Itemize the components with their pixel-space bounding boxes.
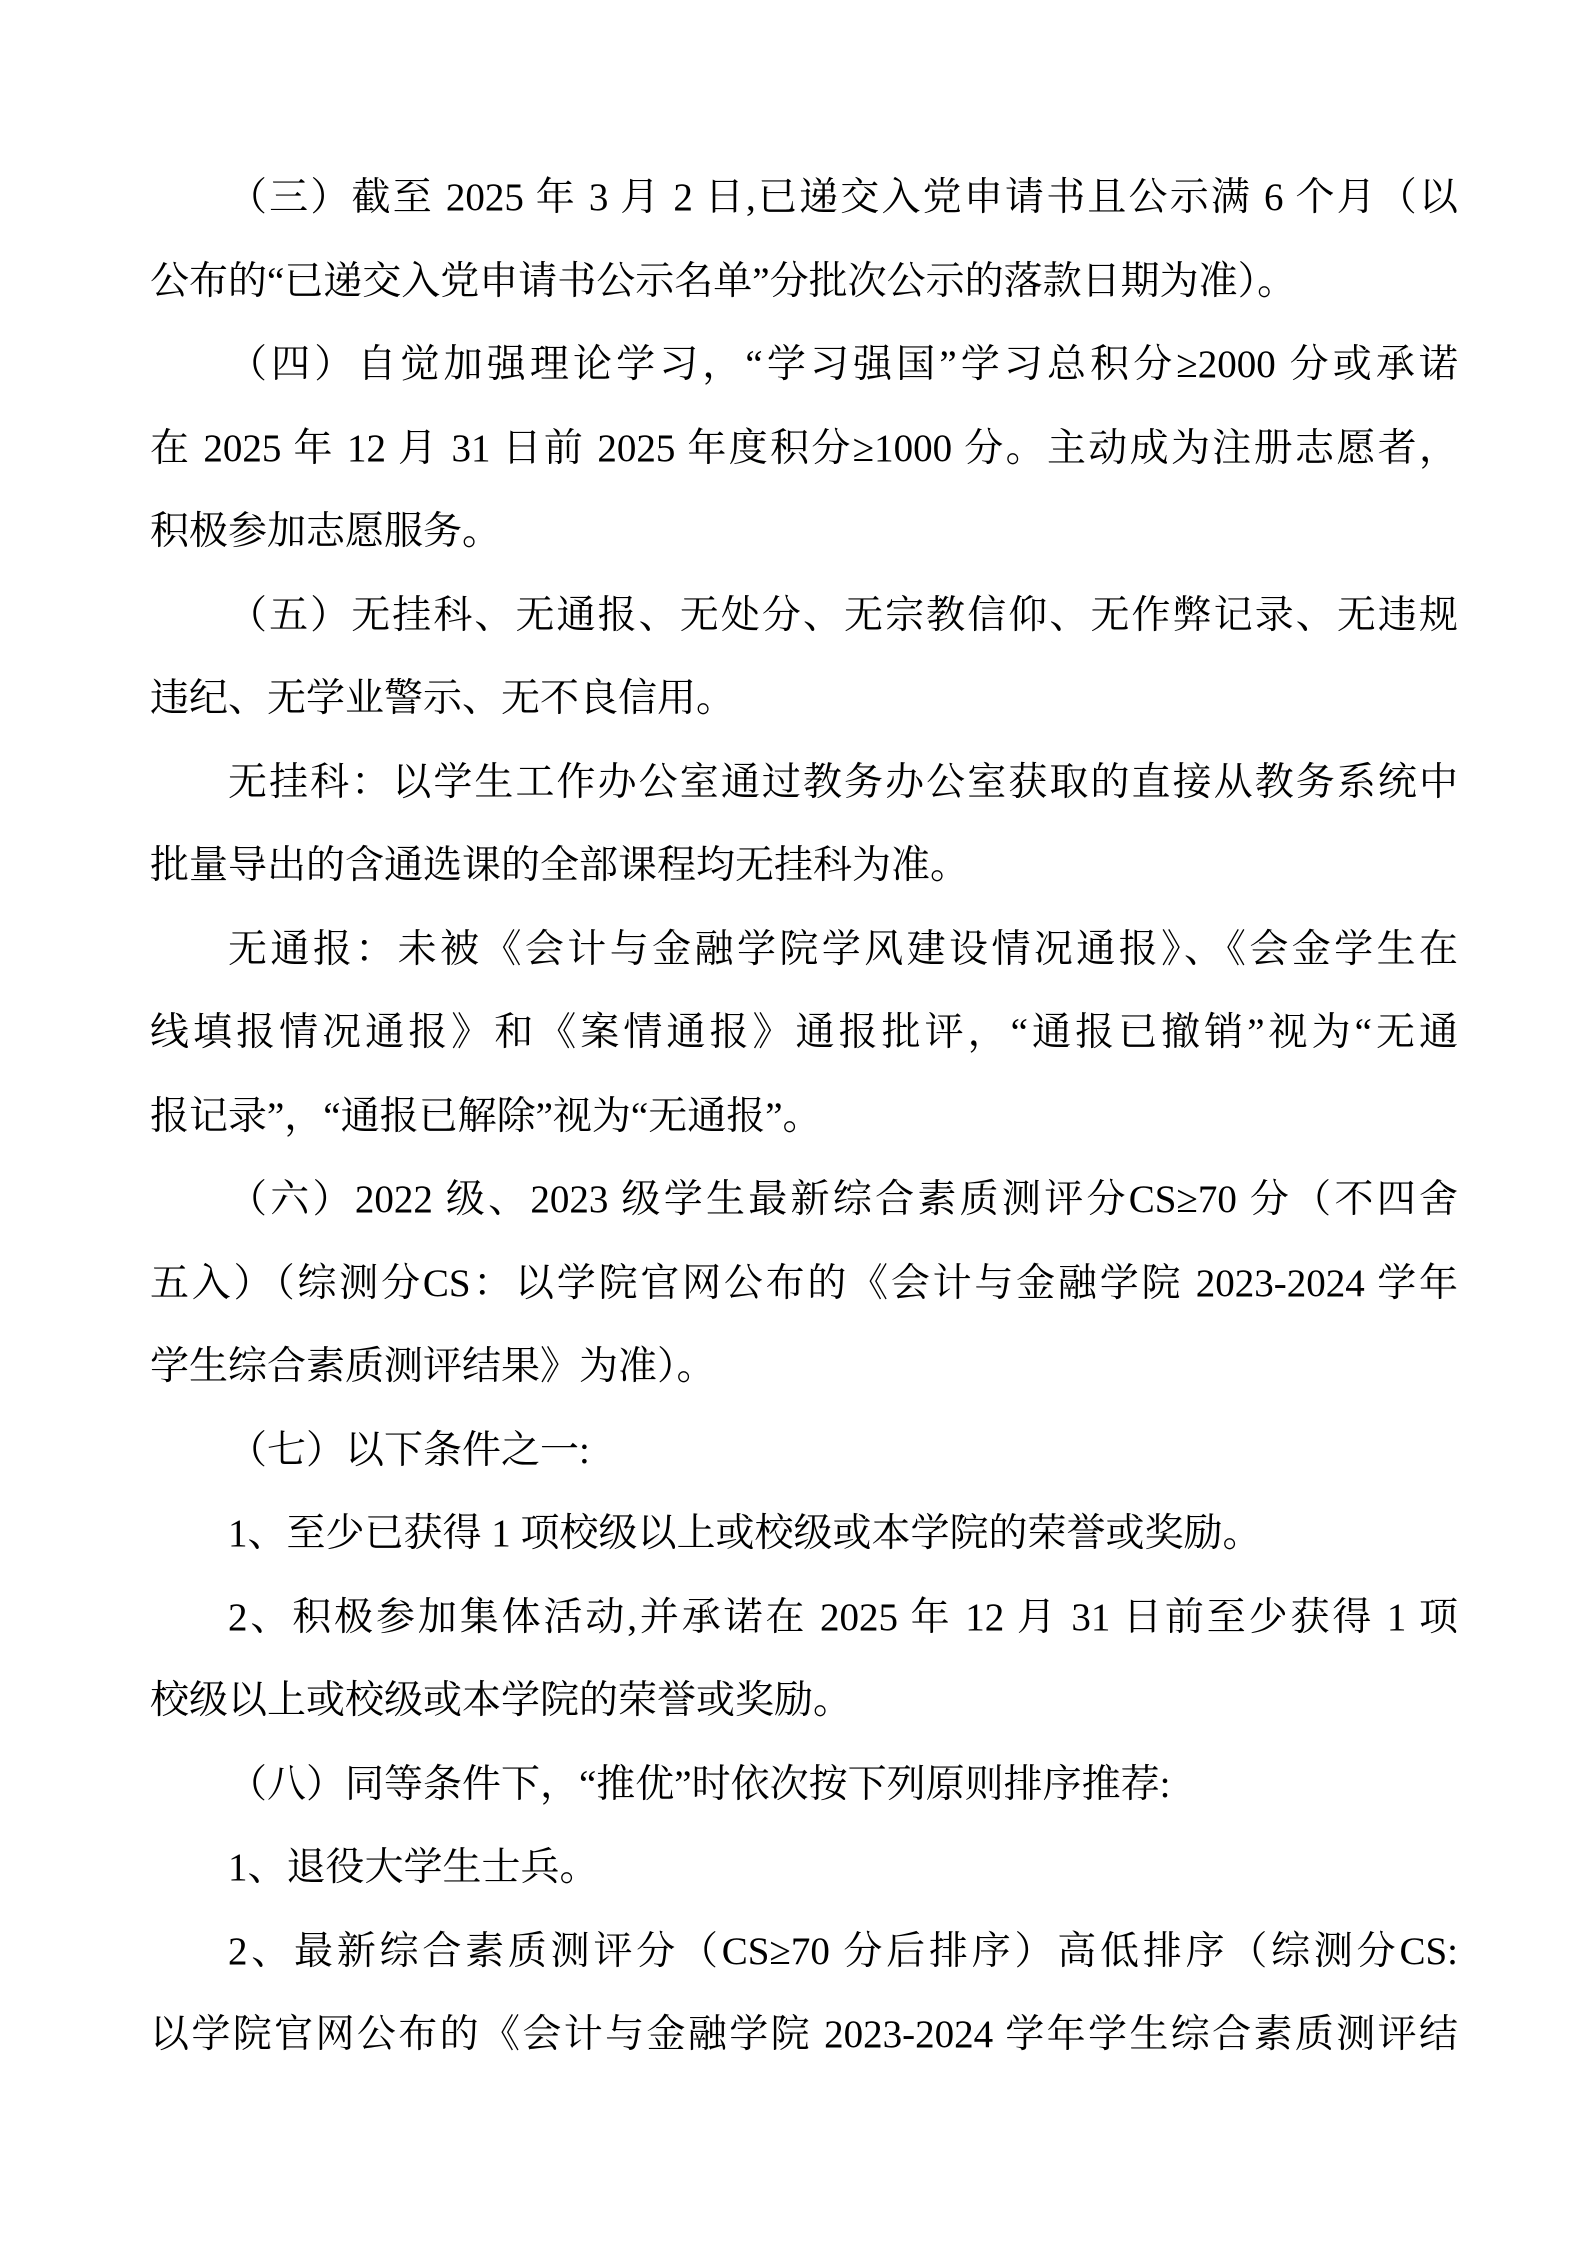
document-page: （三）截至 2025 年 3 月 2 日,已递交入党申请书且公示满 6 个月（以… — [0, 0, 1586, 2245]
text-line: 报记录”，“通报已解除”视为“无通报”。 — [150, 1075, 1458, 1159]
paragraph: （四）自觉加强理论学习，“学习强国”学习总积分≥2000 分或承诺在 2025 … — [150, 323, 1458, 574]
text-line: 校级以上或校级或本学院的荣誉或奖励。 — [150, 1659, 1458, 1743]
text-line: 在 2025 年 12 月 31 日前 2025 年度积分≥1000 分。主动成… — [150, 407, 1458, 491]
text-line: 积极参加志愿服务。 — [150, 490, 1458, 574]
paragraph: （八）同等条件下，“推优”时依次按下列原则排序推荐: — [150, 1743, 1458, 1827]
text-line: 2、积极参加集体活动,并承诺在 2025 年 12 月 31 日前至少获得 1 … — [150, 1576, 1458, 1660]
paragraph: （七）以下条件之一: — [150, 1409, 1458, 1493]
paragraph: 2、最新综合素质测评分（CS≥70 分后排序）高低排序（综测分CS:以学院官网公… — [150, 1910, 1458, 2077]
text-line: （七）以下条件之一: — [150, 1409, 1458, 1493]
paragraph: 无挂科：以学生工作办公室通过教务办公室获取的直接从教务系统中批量导出的含通选课的… — [150, 741, 1458, 908]
text-line: 以学院官网公布的《会计与金融学院 2023-2024 学年学生综合素质测评结 — [150, 1993, 1458, 2077]
text-line: 违纪、无学业警示、无不良信用。 — [150, 657, 1458, 741]
text-line: （三）截至 2025 年 3 月 2 日,已递交入党申请书且公示满 6 个月（以 — [150, 156, 1458, 240]
text-line: 无挂科：以学生工作办公室通过教务办公室获取的直接从教务系统中 — [150, 741, 1458, 825]
text-line: 线填报情况通报》和《案情通报》通报批评，“通报已撤销”视为“无通 — [150, 991, 1458, 1075]
text-line: （五）无挂科、无通报、无处分、无宗教信仰、无作弊记录、无违规 — [150, 574, 1458, 658]
paragraph: （五）无挂科、无通报、无处分、无宗教信仰、无作弊记录、无违规违纪、无学业警示、无… — [150, 574, 1458, 741]
text-line: 批量导出的含通选课的全部课程均无挂科为准。 — [150, 824, 1458, 908]
paragraph: 2、积极参加集体活动,并承诺在 2025 年 12 月 31 日前至少获得 1 … — [150, 1576, 1458, 1743]
text-line: （四）自觉加强理论学习，“学习强国”学习总积分≥2000 分或承诺 — [150, 323, 1458, 407]
paragraph: （六）2022 级、2023 级学生最新综合素质测评分CS≥70 分（不四舍五入… — [150, 1158, 1458, 1409]
text-line: （六）2022 级、2023 级学生最新综合素质测评分CS≥70 分（不四舍 — [150, 1158, 1458, 1242]
text-line: 无通报：未被《会计与金融学院学风建设情况通报》、《会金学生在 — [150, 908, 1458, 992]
text-line: 1、至少已获得 1 项校级以上或校级或本学院的荣誉或奖励。 — [150, 1492, 1458, 1576]
text-line: （八）同等条件下，“推优”时依次按下列原则排序推荐: — [150, 1743, 1458, 1827]
text-line: 公布的“已递交入党申请书公示名单”分批次公示的落款日期为准）。 — [150, 240, 1458, 324]
paragraph: 1、退役大学生士兵。 — [150, 1826, 1458, 1910]
text-line: 1、退役大学生士兵。 — [150, 1826, 1458, 1910]
document-body: （三）截至 2025 年 3 月 2 日,已递交入党申请书且公示满 6 个月（以… — [150, 156, 1458, 2077]
text-line: 五入）（综测分CS：以学院官网公布的《会计与金融学院 2023-2024 学年 — [150, 1242, 1458, 1326]
paragraph: 1、至少已获得 1 项校级以上或校级或本学院的荣誉或奖励。 — [150, 1492, 1458, 1576]
paragraph: （三）截至 2025 年 3 月 2 日,已递交入党申请书且公示满 6 个月（以… — [150, 156, 1458, 323]
text-line: 2、最新综合素质测评分（CS≥70 分后排序）高低排序（综测分CS: — [150, 1910, 1458, 1994]
text-line: 学生综合素质测评结果》为准）。 — [150, 1325, 1458, 1409]
paragraph: 无通报：未被《会计与金融学院学风建设情况通报》、《会金学生在线填报情况通报》和《… — [150, 908, 1458, 1159]
